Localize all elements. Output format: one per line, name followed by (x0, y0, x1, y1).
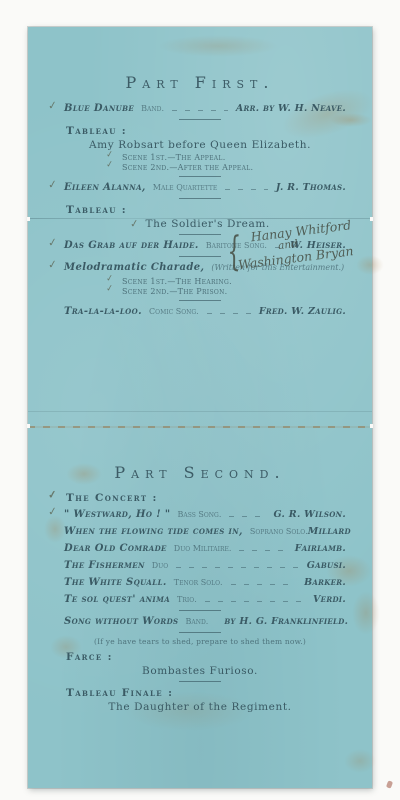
section-divider (179, 256, 221, 257)
composer-name: by H. G. Franklinfield. (224, 616, 348, 627)
program-item: ✓Eileen Alanna,Male QuartetteJ. R. Thoma… (28, 181, 372, 194)
section-divider (179, 176, 221, 177)
composer-name: Millard (308, 526, 351, 537)
composer-name: Fairlamb. (295, 543, 346, 554)
program-item: Te sol quest' animaTrio.Verdi. (28, 593, 372, 606)
song-descriptor: Band. (141, 104, 164, 113)
composer-name: Fred. W. Zaulig. (259, 306, 346, 317)
composer-name: Verdi. (313, 594, 346, 605)
song-descriptor: Duo (152, 561, 168, 570)
section-divider (179, 300, 221, 301)
part-second-heading: Part Second. (28, 463, 372, 482)
tableau-title: Bombastes Furioso. (28, 665, 372, 677)
tableau-title-text: Amy Robsart before Queen Elizabeth. (89, 139, 311, 151)
song-title: Blue Danube (64, 102, 134, 115)
song-title: Melodramatic Charade, (64, 261, 204, 274)
pencil-check-icon: ✓ (47, 257, 58, 271)
song-title: The White Squall. (64, 576, 167, 589)
stage-note: (If ye have tears to shed, prepare to sh… (28, 637, 372, 646)
song-descriptor: Comic Song. (149, 307, 199, 316)
program-item: ✓Blue DanubeBand.Arr. by W. H. Neave. (28, 102, 372, 115)
label-text: The Concert : (66, 492, 158, 504)
program-item: The FishermenDuoGabusi. (28, 559, 372, 572)
program-item: Tra-la-la-loo.Comic Song.Fred. W. Zaulig… (28, 305, 372, 318)
stage-note-text: (If ye have tears to shed, prepare to sh… (94, 637, 306, 646)
program-item: Dear Old ComradeDuo Militaire.Fairlamb. (28, 542, 372, 555)
scene-text: Scene 1st.—The Appeal. (122, 153, 226, 162)
song-title: The Fishermen (64, 559, 145, 572)
song-descriptor: Duo Militaire. (174, 544, 232, 553)
label-text: Farce : (66, 651, 113, 663)
tableau-title-text: Bombastes Furioso. (142, 665, 258, 677)
program-item: Song without WordsBand.by H. G. Franklin… (28, 615, 372, 628)
program-item: When the flowing tide comes in,Soprano S… (28, 525, 372, 538)
part-first-heading: Part First. (28, 73, 372, 92)
song-title: When the flowing tide comes in, (64, 525, 243, 538)
dotted-leader (239, 550, 286, 551)
label-text: Tableau Finale : (66, 687, 173, 699)
section-divider (179, 610, 221, 611)
program-item: ✓" Westward, Ho ! "Bass Song.G. R. Wilso… (28, 508, 372, 521)
program-label: Tableau Finale : (28, 687, 372, 699)
pencil-check-icon: ✓ (47, 488, 59, 501)
song-title: Te sol quest' anima (64, 593, 170, 606)
label-text: Tableau : (66, 125, 127, 137)
dotted-leader (225, 189, 268, 190)
edge-notch (370, 424, 373, 428)
fold-crease (28, 411, 372, 412)
song-descriptor: Bass Song. (178, 510, 222, 519)
song-title: Eileen Alanna, (64, 181, 146, 194)
edge-notch (27, 424, 30, 428)
dotted-leader (176, 567, 299, 568)
composer-name: J. R. Thomas. (276, 182, 346, 193)
tableau-title-text: The Daughter of the Regiment. (108, 701, 291, 713)
composer-name: G. R. Wilson. (273, 509, 346, 520)
pencil-check-icon: ✓ (47, 504, 58, 518)
song-descriptor: Trio. (177, 595, 197, 604)
pencil-check-icon: ✓ (105, 284, 114, 295)
section-divider (179, 198, 221, 199)
scene-line: ✓Scene 1st.—The Hearing. (28, 277, 372, 286)
song-title: Tra-la-la-loo. (64, 305, 142, 318)
song-title: Song without Words (64, 615, 179, 628)
section-divider (179, 681, 221, 682)
tableau-title: Amy Robsart before Queen Elizabeth. (28, 139, 372, 151)
pencil-check-icon: ✓ (47, 235, 58, 249)
scene-text: Scene 1st.—The Hearing. (122, 277, 232, 286)
program-paper: Part First. ✓Blue DanubeBand.Arr. by W. … (28, 27, 372, 788)
part-second-rows: ✓The Concert :✓" Westward, Ho ! "Bass So… (28, 492, 372, 713)
dotted-leader (207, 313, 251, 314)
part-first-section: Part First. ✓Blue DanubeBand.Arr. by W. … (28, 73, 372, 321)
pencil-check-icon: ✓ (105, 160, 114, 171)
program-label: Tableau : (28, 125, 372, 137)
scene-line: ✓Scene 2nd.—After the Appeal. (28, 163, 372, 172)
section-divider (179, 234, 221, 235)
song-descriptor: Tenor Solo. (174, 578, 223, 587)
scene-text: Scene 2nd.—After the Appeal. (122, 163, 253, 172)
program-label: ✓The Concert : (28, 492, 372, 504)
song-descriptor: Soprano Solo. (250, 527, 308, 536)
dotted-leader (205, 601, 305, 602)
program-item: The White Squall.Tenor Solo.Barker. (28, 576, 372, 589)
program-label: Tableau : (28, 204, 372, 216)
stain (344, 749, 376, 773)
composer-name: Arr. by W. H. Neave. (236, 103, 346, 114)
scene-line: ✓Scene 2nd.—The Prison. (28, 287, 372, 296)
dotted-leader (172, 110, 228, 111)
fold-crease (28, 426, 372, 428)
stain (158, 35, 278, 57)
pencil-check-icon: ✓ (47, 98, 58, 112)
composer-name: Gabusi. (307, 560, 346, 571)
dotted-leader (231, 584, 296, 585)
section-divider (179, 119, 221, 120)
program-item: ✓Melodramatic Charade,(Written for this … (28, 261, 372, 274)
scene-line: ✓Scene 1st.—The Appeal. (28, 153, 372, 162)
song-title: Dear Old Comrade (64, 542, 167, 555)
pencil-check-icon: ✓ (47, 177, 58, 191)
song-descriptor: Male Quartette (153, 183, 217, 192)
program-label: Farce : (28, 651, 372, 663)
song-title: Das Grab auf der Haide. (64, 239, 199, 252)
dotted-leader (229, 516, 265, 517)
label-text: Tableau : (66, 204, 127, 216)
section-divider (179, 632, 221, 633)
part-second-section: Part Second. ✓The Concert :✓" Westward, … (28, 463, 372, 715)
scene-text: Scene 2nd.—The Prison. (122, 287, 228, 296)
handwritten-brace: { (227, 243, 242, 261)
song-descriptor: Band. (186, 617, 209, 626)
composer-name: Barker. (304, 577, 346, 588)
ink-speck (386, 780, 393, 788)
song-title: " Westward, Ho ! " (64, 508, 171, 521)
part-first-rows: ✓Blue DanubeBand.Arr. by W. H. Neave.Tab… (28, 102, 372, 318)
pencil-check-icon: ✓ (129, 217, 140, 230)
tableau-title: The Daughter of the Regiment. (28, 701, 372, 713)
tableau-title-text: The Soldier's Dream. (146, 218, 270, 230)
